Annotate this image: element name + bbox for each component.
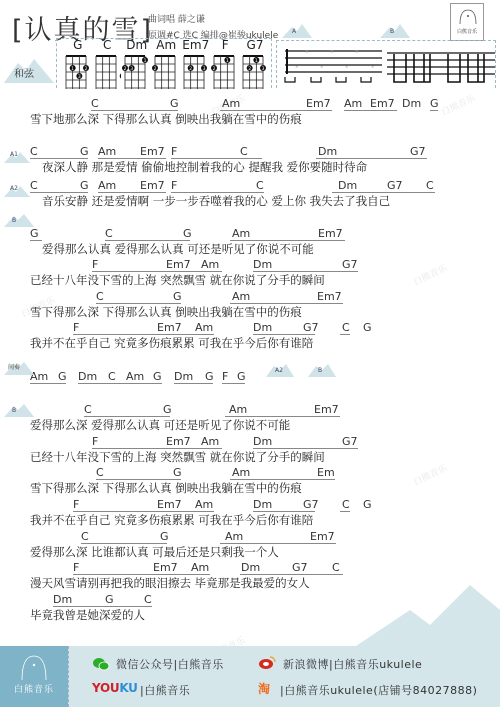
chord-diagram-name: Am [152, 39, 182, 51]
chord-symbol: Am [225, 531, 243, 543]
lyric-text: 爱得那么深 比谁都认真 可最后还是只剩我一个人 [30, 545, 279, 559]
footer-brand-text: 白熊音乐 [0, 682, 68, 695]
chord-symbol: Dm [174, 371, 193, 383]
credits-artist: 曲词唱 薛之谦 [148, 12, 205, 25]
chord-symbol: Am [98, 180, 116, 192]
chord-symbol: G [30, 228, 39, 240]
section-a2-badge: A2 [4, 182, 30, 194]
chord-symbol: G [105, 594, 114, 606]
chord-symbol: G7 [342, 259, 358, 271]
chord-symbol: Em7 [140, 146, 165, 158]
chord-underline [332, 192, 435, 193]
lyric-line: CGAmEm7AmEm7DmG雪下地那么深 下得那么认真 倒映出我躺在雪中的伤痕 [0, 98, 500, 128]
lyric-text: 已经十八年没下雪的上海 突然飘雪 就在你说了分手的瞬间 [30, 450, 325, 464]
fretboard-icon: 123 [122, 53, 150, 89]
chord-symbol: Em [317, 467, 335, 479]
chord-symbol: Am [232, 228, 250, 240]
chord-symbol: Em7 [166, 436, 191, 448]
section-label: A1 [10, 151, 18, 158]
chord-underline [340, 334, 350, 335]
chord-underline [222, 383, 245, 384]
chord-underline [253, 448, 358, 449]
section-a-badge: A [282, 22, 318, 38]
chord-diagram: G123 [63, 39, 93, 93]
polar-bear-icon [0, 646, 68, 682]
chord-symbol: Em7 [370, 98, 395, 110]
chord-underline [253, 271, 358, 272]
chord-symbol: C [426, 180, 434, 192]
section-a-label: A [292, 28, 296, 35]
section-label: A2 [10, 185, 18, 192]
chord-symbol: C [81, 531, 89, 543]
chord-symbol: G [173, 291, 182, 303]
svg-text:2: 2 [212, 66, 215, 72]
chord-symbol: Dm [253, 436, 272, 448]
lyric-line: CGAmEm7雪下得那么深 下得那么认真 倒映出我躺在雪中的伤痕 [0, 291, 500, 321]
chord-symbol: Dm [241, 562, 260, 574]
fretboard-icon: 123 [63, 53, 91, 89]
chord-underline [78, 383, 162, 384]
chord-symbol: Em7 [140, 180, 165, 192]
chord-underline [240, 574, 343, 575]
chord-symbol: C [342, 322, 350, 334]
chord-diagram-name: Em7 [181, 39, 211, 51]
chord-underline [220, 110, 332, 111]
lyric-text: 爱得那么认真 爱得那么认真 可还是听见了你说不可能 [42, 242, 314, 256]
section-label: B [12, 407, 16, 414]
lyric-text: 毕竟我曾是她深爱的人 [30, 608, 145, 622]
lyric-line: AmGDmCAmGDmGFG [0, 371, 500, 401]
logo-text: 白熊音乐 [451, 28, 483, 35]
chord-symbol: C [342, 499, 350, 511]
chord-symbol: Em7 [153, 562, 178, 574]
chord-symbol: Am [195, 499, 213, 511]
chord-underline [165, 271, 222, 272]
chord-symbol: Dm [253, 259, 272, 271]
mountain-icon [4, 403, 34, 417]
chord-symbol: Dm [78, 371, 97, 383]
chord-symbol: Dm [338, 180, 357, 192]
goto-a2-badge: A2 [266, 362, 294, 376]
chord-diagram: Am2 [152, 39, 182, 93]
lyric-line: CGAmEm7FCDmG7C音乐安静 还是爱情啊 一步一步吞噬着我的心 爱上你 … [0, 180, 500, 210]
svg-text:1: 1 [71, 66, 74, 72]
svg-text:×: × [355, 49, 358, 54]
chord-diagram-name: F [211, 39, 241, 51]
svg-text:×: × [345, 64, 348, 69]
svg-text:×: × [330, 49, 333, 54]
taobao-icon: 淘 [258, 680, 270, 697]
chord-symbol: Am [344, 98, 362, 110]
svg-text:×: × [295, 64, 298, 69]
chord-symbol: Am [98, 146, 116, 158]
chord-symbol: Am [232, 467, 250, 479]
svg-text:2: 2 [124, 66, 127, 72]
chord-symbol: C [240, 146, 248, 158]
chord-diagram-name: Dm [122, 39, 152, 51]
chord-symbol: Am [126, 371, 144, 383]
chord-underline [30, 383, 66, 384]
lyric-text: 雪下得那么深 下得那么认真 倒映出我躺在雪中的伤痕 [30, 481, 302, 495]
weibo-account[interactable]: 新浪微博|白熊音乐ukulele [283, 656, 422, 672]
chord-symbol: F [92, 436, 98, 448]
chord-symbol: Am [232, 291, 250, 303]
chord-underline [230, 240, 345, 241]
svg-text:3: 3 [262, 66, 265, 72]
chord-underline [171, 192, 264, 193]
fretboard-icon: 12 [211, 53, 239, 89]
lyric-text: 漫天风雪请别再把我的眼泪擦去 毕竟那是我最爱的女人 [30, 576, 310, 590]
svg-text:3: 3 [130, 66, 133, 72]
fretboard-icon: 23 [181, 53, 209, 89]
lyric-line: CGAmEm雪下得那么深 下得那么认真 倒映出我躺在雪中的伤痕 [0, 467, 500, 497]
chord-symbol: F [171, 146, 177, 158]
chord-underline [73, 511, 214, 512]
chord-underline [96, 303, 181, 304]
chord-symbol: Am [201, 259, 219, 271]
chord-symbol: Dm [402, 98, 421, 110]
svg-text:2: 2 [85, 66, 88, 72]
chord-symbol: G [170, 98, 179, 110]
chord-symbol: C [30, 146, 38, 158]
lyric-line: FEm7AmDmG7CG我并不在乎自己 究竟多伤痕累累 可我在乎今后你有谁陪 [0, 322, 500, 352]
chord-symbol: G [80, 146, 89, 158]
chord-symbol: Dm [253, 499, 272, 511]
section-b-badge: B [4, 212, 34, 226]
chord-underline [340, 511, 350, 512]
wechat-account[interactable]: 微信公众号|白熊音乐 [116, 656, 224, 672]
weibo-icon [258, 655, 276, 670]
chord-underline [253, 334, 315, 335]
brand-logo: 白熊音乐 [450, 3, 484, 41]
lyric-line: CGAmEm7爱得那么深 比谁都认真 可最后还是只剩我一个人 [0, 531, 500, 561]
chord-symbol: F [222, 371, 228, 383]
lyric-line: FEm7AmDmG7已经十八年没下雪的上海 突然飘雪 就在你说了分手的瞬间 [0, 259, 500, 289]
chord-symbol: C [256, 180, 264, 192]
chord-underline [105, 240, 190, 241]
chord-underline [316, 158, 427, 159]
chord-underline [174, 383, 213, 384]
chord-underline [30, 192, 88, 193]
chord-symbol: Am [222, 98, 240, 110]
chord-symbol: G [363, 322, 372, 334]
svg-text:2: 2 [153, 66, 156, 72]
chord-symbol: Am [201, 436, 219, 448]
chord-symbol: G [153, 371, 162, 383]
chord-symbol: G7 [410, 146, 426, 158]
chord-symbol: Em7 [306, 98, 331, 110]
chord-diagram: F12 [211, 39, 241, 93]
chord-underline [73, 574, 210, 575]
chord-underline [30, 240, 42, 241]
chord-underline [220, 543, 336, 544]
chord-symbol: C [84, 404, 92, 416]
chord-symbol: G [430, 98, 439, 110]
chord-underline [91, 110, 178, 111]
chord-symbol: Em7 [157, 499, 182, 511]
chord-underline [230, 303, 343, 304]
lyric-text: 音乐安静 还是爱情啊 一步一步吞噬着我的心 爱上你 我失去了我自己 [42, 194, 390, 208]
section-b-badge: B [380, 22, 416, 38]
chord-symbol: Em7 [310, 531, 335, 543]
lyric-text: 爱得那么深 爱得那么认真 可还是听见了你说不可能 [30, 418, 290, 432]
chord-symbol: C [96, 291, 104, 303]
svg-text:2: 2 [248, 66, 251, 72]
lyric-text: 已经十八年没下雪的上海 突然飘雪 就在你说了分手的瞬间 [30, 273, 325, 287]
lyric-line: CGAmEm7FCDmG7夜深人静 那是爱情 偷偷地控制着我的心 提醒我 爱你要… [0, 146, 500, 176]
chord-underline [30, 158, 88, 159]
strum-pattern-notation: ××× ×××× [277, 41, 497, 87]
youku-logo: YOUKU [92, 681, 138, 695]
section-label: A2 [275, 367, 283, 374]
youku-account[interactable]: |白熊音乐 [140, 682, 190, 698]
chord-symbol: G7 [342, 436, 358, 448]
chord-underline [253, 511, 315, 512]
chord-symbol: G [183, 228, 192, 240]
chord-underline [344, 110, 397, 111]
chord-symbol: F [73, 499, 79, 511]
chord-symbol: Em7 [318, 228, 343, 240]
chord-symbol: F [92, 259, 98, 271]
svg-text:×: × [371, 64, 374, 69]
lyric-line: GCGAmEm7爱得那么认真 爱得那么认真 可还是听见了你说不可能 [0, 228, 500, 258]
svg-text:×: × [305, 49, 308, 54]
chord-underline [53, 606, 152, 607]
section-label: 间奏 [8, 362, 20, 371]
chord-symbol: G7 [387, 180, 403, 192]
section-label: B [12, 217, 16, 224]
chord-symbol: C [91, 98, 99, 110]
chord-symbol: G [363, 499, 372, 511]
svg-text:3: 3 [78, 74, 81, 80]
chord-diagram-name: G [63, 39, 93, 51]
fretboard-icon: 123 [240, 53, 268, 89]
fretboard-icon: 2 [152, 53, 180, 89]
chord-underline [165, 448, 222, 449]
strum-pattern-panel: ××× ×××× [276, 40, 496, 88]
lyric-text: 我并不在乎自己 究竟多伤痕累累 可我在乎今后你有谁陪 [30, 513, 313, 527]
taobao-store[interactable]: |白熊音乐ukulele(店铺号84027888) [280, 682, 477, 698]
fretboard-icon: 3 [93, 53, 121, 89]
chord-symbol: C [144, 594, 152, 606]
lyric-text: 雪下地那么深 下得那么认真 倒映出我躺在雪中的伤痕 [30, 112, 302, 126]
lyric-text: 我并不在乎自己 究竟多伤痕累累 可我在乎今后你有谁陪 [30, 336, 313, 350]
wechat-icon [92, 656, 110, 670]
svg-text:1: 1 [225, 58, 228, 64]
chord-underline [73, 334, 214, 335]
lyric-text: 夜深人静 那是爱情 偷偷地控制着我的心 提醒我 爱你要随时待命 [42, 160, 367, 174]
chord-diagram: C3 [93, 39, 123, 93]
section-a1-badge: A1 [4, 148, 30, 160]
chord-symbol: C [30, 180, 38, 192]
chord-diagram: Em723 [181, 39, 211, 93]
chord-symbol: Dm [53, 594, 72, 606]
section-interlude-badge: 间奏 [4, 360, 34, 374]
svg-text:3: 3 [203, 66, 206, 72]
lyric-text: 雪下得那么深 下得那么认真 倒映出我躺在雪中的伤痕 [30, 305, 302, 319]
polar-bear-icon [451, 4, 485, 28]
mountain-icon [282, 22, 318, 38]
chord-underline [225, 416, 340, 417]
chord-symbol: G7 [292, 562, 308, 574]
svg-text:2: 2 [189, 66, 192, 72]
svg-text:1: 1 [255, 58, 258, 64]
chord-symbol: G [80, 180, 89, 192]
chord-symbol: C [332, 562, 340, 574]
chord-symbol: G [58, 371, 67, 383]
chord-underline [96, 479, 181, 480]
chord-symbol: G7 [303, 322, 319, 334]
chord-symbol: F [73, 322, 79, 334]
chord-symbol: C [105, 228, 113, 240]
chord-symbol: Dm [318, 146, 337, 158]
chord-symbol: F [73, 562, 79, 574]
chord-symbol: C [96, 467, 104, 479]
chord-underline [84, 416, 170, 417]
chord-diagram-name: G7 [240, 39, 270, 51]
chord-symbol: Em7 [157, 322, 182, 334]
chord-underline [81, 543, 167, 544]
svg-text:1: 1 [144, 58, 147, 64]
chord-symbol: Em7 [314, 404, 339, 416]
chord-diagram-panel: G123C3Dm123Am2Em723F12G7123 [56, 38, 272, 88]
footer-divider [68, 646, 69, 707]
section-b-label: B [390, 28, 394, 35]
chord-symbol: Am [195, 322, 213, 334]
chord-diagram-name: C [93, 39, 123, 51]
svg-text:×: × [320, 64, 323, 69]
chord-symbol: Dm [253, 322, 272, 334]
section-b2-badge: B [4, 402, 34, 416]
mountain-icon [4, 213, 34, 227]
mountain-icon [380, 22, 416, 38]
goto-b-badge: B [308, 362, 336, 376]
chord-underline [230, 479, 335, 480]
chord-symbol: Em7 [317, 291, 342, 303]
chord-symbol: Am [191, 562, 209, 574]
chord-underline [98, 192, 166, 193]
chord-underline [430, 110, 438, 111]
chord-symbol: Em7 [166, 259, 191, 271]
lyric-line: FEm7AmDmG7CG我并不在乎自己 究竟多伤痕累累 可我在乎今后你有谁陪 [0, 499, 500, 529]
lyric-line: FEm7AmDmG7已经十八年没下雪的上海 突然飘雪 就在你说了分手的瞬间 [0, 436, 500, 466]
chord-symbol: G [173, 467, 182, 479]
chord-symbol: G [205, 371, 214, 383]
chord-symbol: G [160, 531, 169, 543]
chord-diagram: G7123 [240, 39, 270, 93]
chord-symbol: F [171, 180, 177, 192]
lyric-line: CGAmEm7爱得那么深 爱得那么认真 可还是听见了你说不可能 [0, 404, 500, 434]
chord-symbol: C [108, 371, 116, 383]
chord-symbol: G [163, 404, 172, 416]
chord-underline [171, 158, 262, 159]
chord-diagram: Dm123 [122, 39, 152, 93]
chord-symbol: G [237, 371, 246, 383]
section-label: B [318, 367, 322, 374]
chords-section-badge: 和弦 [4, 55, 54, 83]
chord-underline [98, 158, 166, 159]
chord-symbol: Am [229, 404, 247, 416]
chords-label: 和弦 [14, 65, 34, 80]
chord-symbol: G7 [303, 499, 319, 511]
footer-brand-logo: 白熊音乐 [0, 646, 68, 707]
mountain-decoration [330, 580, 500, 650]
